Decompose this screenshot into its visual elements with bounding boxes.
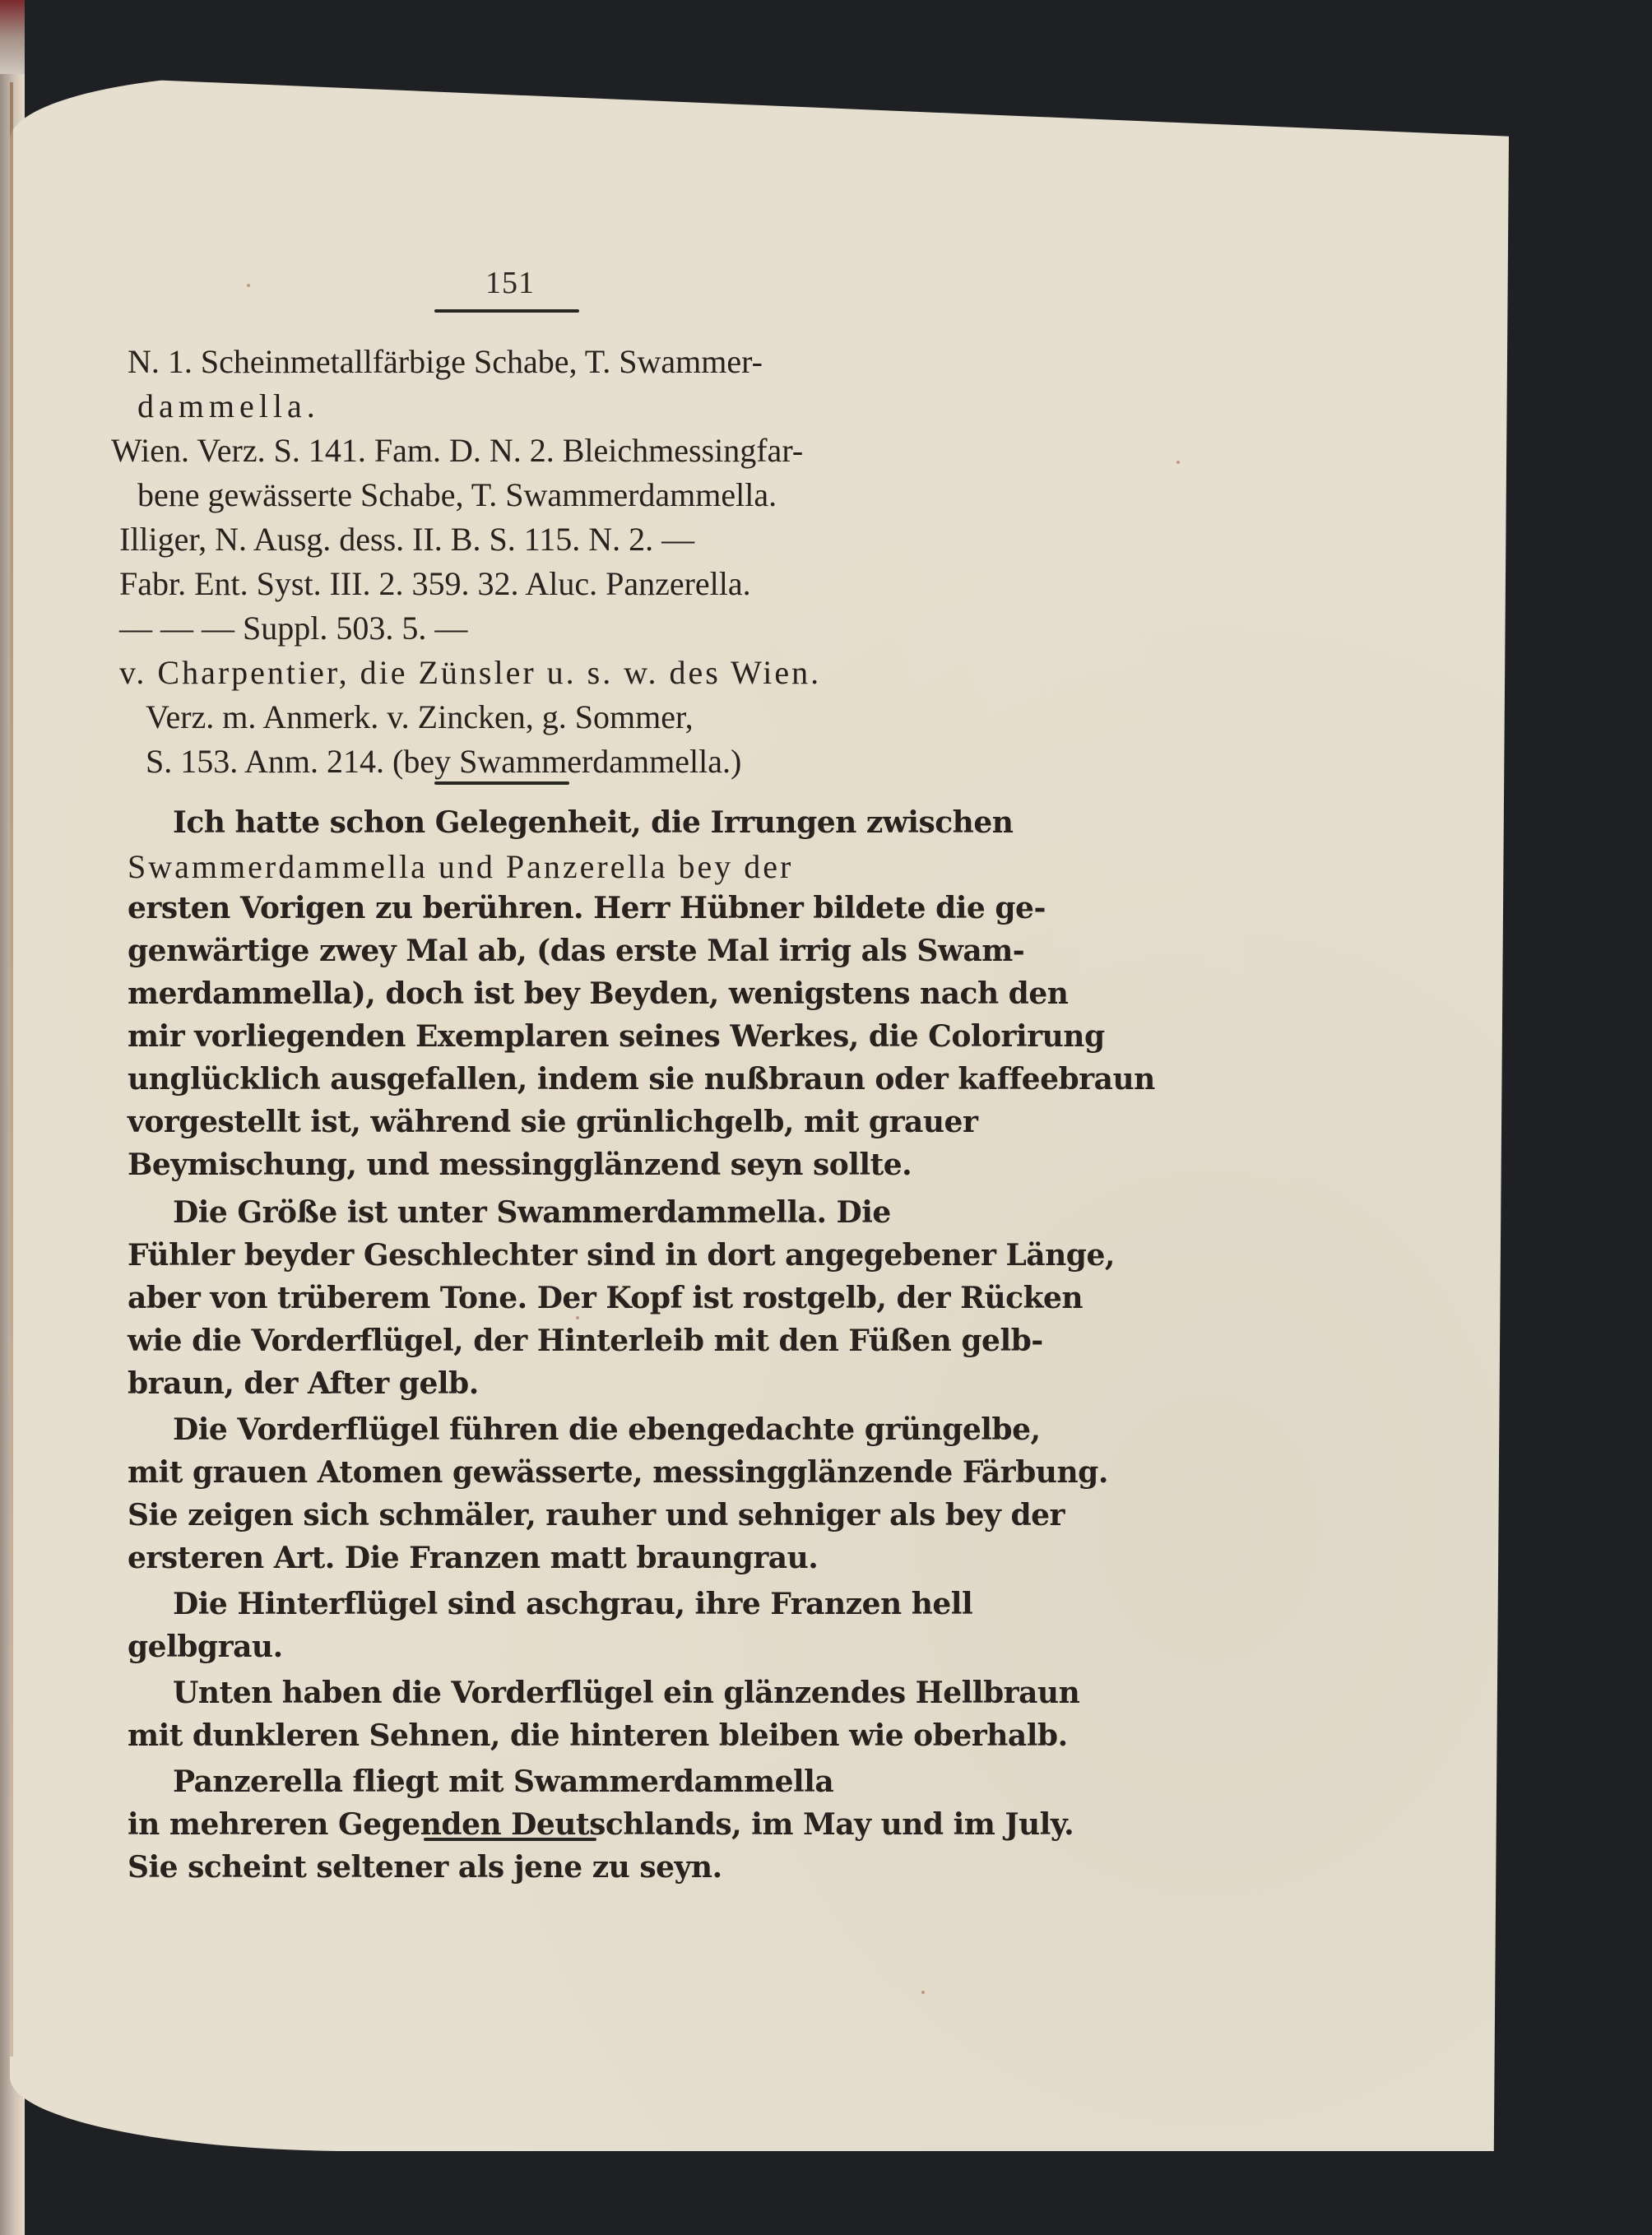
text-line: unglücklich ausgefallen, indem sie nußbr…	[128, 1064, 1155, 1094]
text-line: braun, der After gelb.	[128, 1369, 479, 1398]
text-line: bene gewässerte Schabe, T. Swammerdammel…	[137, 479, 777, 512]
text-line: ersteren Art. Die Franzen matt braungrau…	[128, 1543, 818, 1573]
text-line: merdammella), doch ist bey Beyden, wenig…	[128, 979, 1068, 1009]
text-line: v. Charpentier, die Zünsler u. s. w. des…	[119, 656, 821, 689]
text-line: Fabr. Ent. Syst. III. 2. 359. 32. Aluc. …	[119, 568, 751, 600]
text-line: — — — Suppl. 503. 5. —	[119, 612, 467, 645]
paper-speck	[921, 1991, 925, 1994]
page-number-container: 151	[436, 265, 584, 301]
text-line: Illiger, N. Ausg. dess. II. B. S. 115. N…	[119, 523, 694, 556]
text-line: in mehreren Gegenden Deutschlands, im Ma…	[128, 1810, 1074, 1839]
text-line: Panzerella fliegt mit Swammerdammella	[173, 1767, 833, 1797]
text-line: dammella.	[137, 390, 320, 423]
text-line: Wien. Verz. S. 141. Fam. D. N. 2. Bleich…	[111, 434, 803, 467]
text-line: gelbgrau.	[128, 1632, 283, 1662]
text-line: mit dunkleren Sehnen, die hinteren bleib…	[128, 1721, 1068, 1750]
text-line: Ich hatte schon Gelegenheit, die Irrunge…	[173, 808, 1013, 837]
header-rule	[434, 309, 579, 313]
text-line: Sie zeigen sich schmäler, rauher und seh…	[128, 1500, 1065, 1530]
text-line: mir vorliegenden Exemplaren seines Werke…	[128, 1022, 1105, 1051]
text-line: Unten haben die Vorderflügel ein glänzen…	[173, 1678, 1079, 1708]
scanned-book-page: 151 N. 1. Scheinmetallfärbige Schabe, T.…	[0, 0, 1652, 2235]
paper-speck	[1176, 461, 1180, 464]
paper-speck	[247, 284, 250, 287]
text-line: mit grauen Atomen gewässerte, messingglä…	[128, 1458, 1108, 1487]
text-line: Sie scheint seltener als jene zu seyn.	[128, 1852, 722, 1882]
text-line: Die Vorderflügel führen die ebengedachte…	[173, 1415, 1041, 1444]
text-line: aber von trüberem Tone. Der Kopf ist ros…	[128, 1283, 1083, 1313]
text-line: N. 1. Scheinmetallfärbige Schabe, T. Swa…	[128, 345, 763, 378]
text-line: Fühler beyder Geschlechter sind in dort …	[128, 1240, 1115, 1270]
text-line: Beymischung, und messingglänzend seyn so…	[128, 1150, 912, 1180]
text-line: ersten Vorigen zu berühren. Herr Hübner …	[128, 893, 1046, 923]
text-line: Die Hinterflügel sind aschgrau, ihre Fra…	[173, 1589, 972, 1619]
end-rule	[424, 1838, 596, 1841]
text-line: Swammerdammella und Panzerella bey der	[128, 851, 793, 883]
page-number: 151	[485, 266, 535, 300]
section-rule	[434, 781, 569, 785]
book-cover-edge	[0, 0, 25, 74]
text-line: vorgestellt ist, während sie grünlichgel…	[128, 1107, 977, 1137]
page-gutter-shadow	[10, 82, 13, 2056]
text-line: wie die Vorderflügel, der Hinterleib mit…	[128, 1326, 1043, 1356]
paper-speck	[576, 1316, 579, 1319]
text-line: Verz. m. Anmerk. v. Zincken, g. Sommer,	[146, 701, 694, 734]
text-line: Die Größe ist unter Swammerdammella. Die	[173, 1198, 891, 1227]
text-line: S. 153. Anm. 214. (bey Swammerdammella.)	[146, 745, 741, 778]
text-line: genwärtige zwey Mal ab, (das erste Mal i…	[128, 936, 1024, 966]
